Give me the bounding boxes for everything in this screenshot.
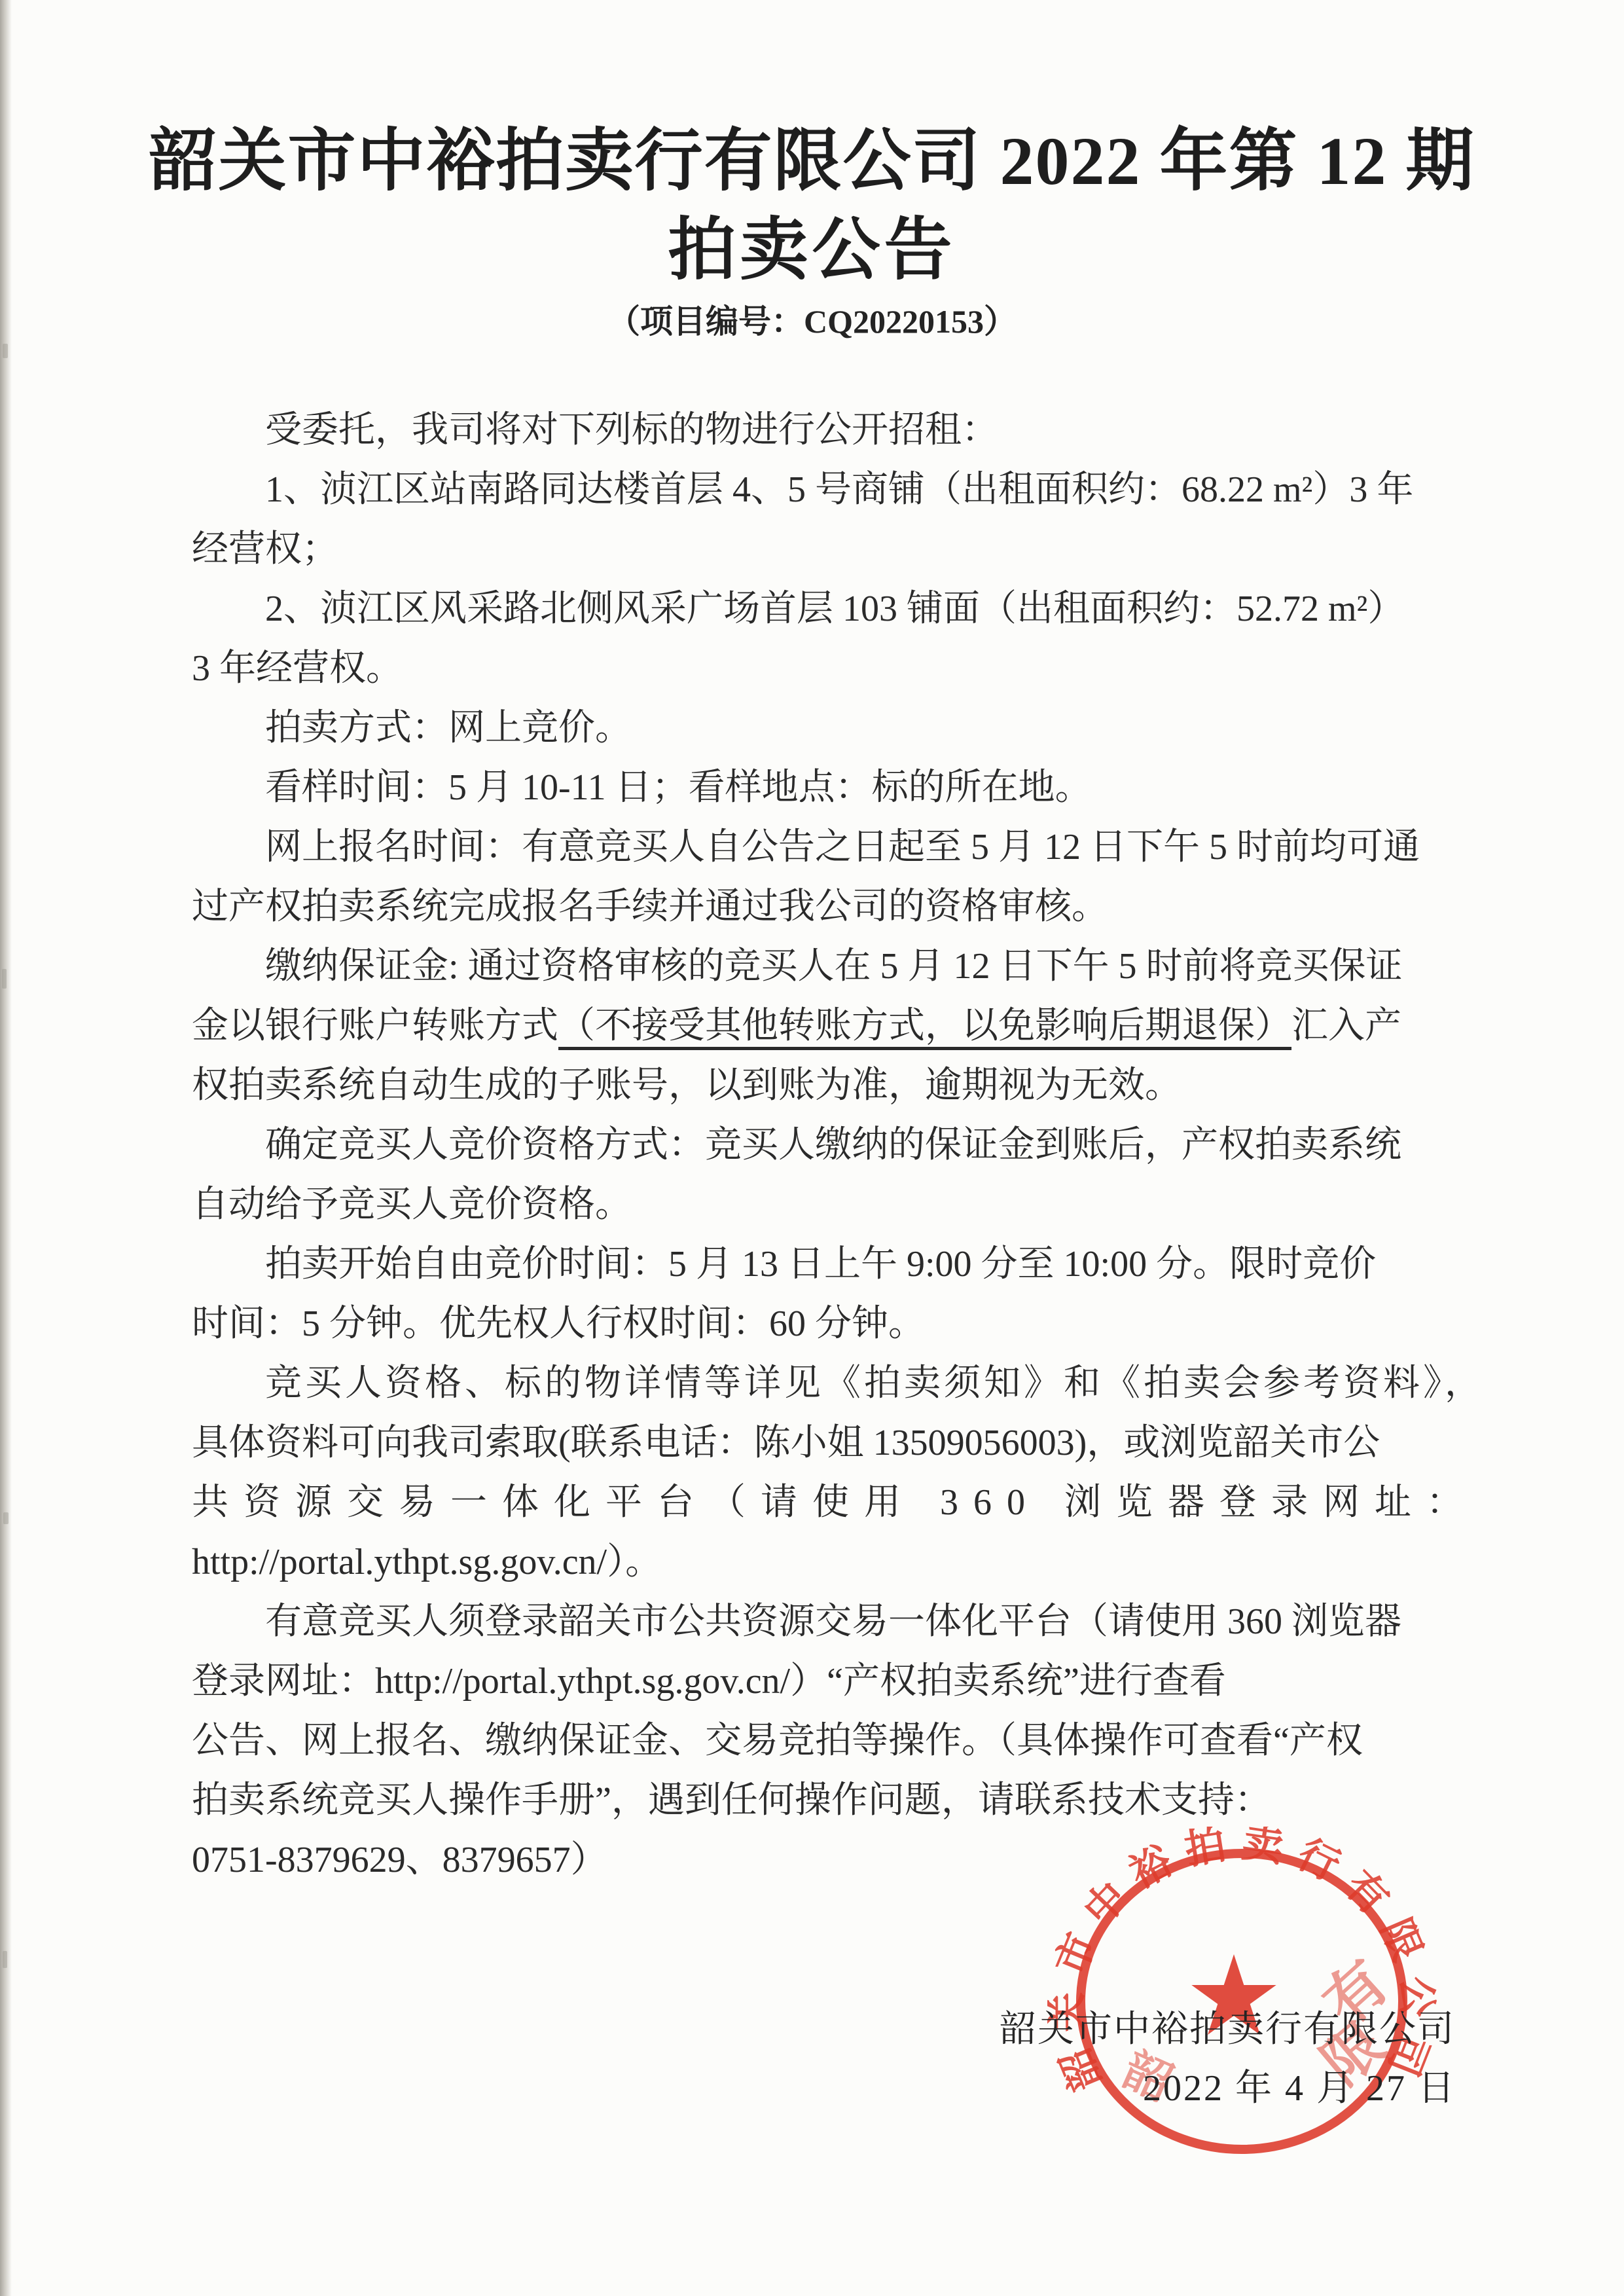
body-text-segment: 看样时间：5 月 10-11 日；看样地点：标的所在地。: [265, 767, 1092, 808]
body-text-segment: 受委托，我司将对下列标的物进行公开招租：: [265, 410, 998, 450]
body-line: 拍卖方式：网上竞价。: [192, 699, 1435, 758]
body-text-segment: 公告、网上报名、缴纳保证金、交易竞拍等操作。（具体操作可查看“产权: [192, 1721, 1363, 1761]
body-line: 经营权；: [192, 520, 1435, 579]
scan-speck: [2, 969, 7, 989]
body-line: 拍卖开始自由竞价时间：5 月 13 日上午 9:00 分至 10:00 分。限时…: [192, 1235, 1435, 1294]
scan-speck: [3, 344, 8, 358]
body-text-segment: 金以银行账户转账方式: [192, 1006, 558, 1046]
body-line: 拍卖系统竞买人操作手册”，遇到任何操作问题，请联系技术支持：: [192, 1771, 1435, 1831]
body-text-segment: 汇入产: [1291, 1006, 1401, 1046]
body-line: 时间：5 分钟。优先权人行权时间：60 分钟。: [192, 1294, 1435, 1354]
body-line: 登录网址：http://portal.ythpt.sg.gov.cn/）“产权拍…: [192, 1652, 1435, 1711]
body-text-segment: 拍卖方式：网上竞价。: [265, 708, 632, 748]
document-title-line-2: 拍卖公告: [0, 208, 1624, 293]
body-text-segment: 缴纳保证金: 通过资格审核的竞买人在 5 月 12 日下午 5 时前将竞买保证: [265, 946, 1403, 987]
scan-speck: [3, 1951, 7, 1968]
document-title-line-1: 韶关市中裕拍卖行有限公司 2022 年第 12 期: [0, 119, 1624, 204]
body-text-segment: 竞买人资格、标的物详情等详见《拍卖须知》和《拍卖会参考资料》，: [265, 1363, 1485, 1404]
body-line: 网上报名时间：有意竞买人自公告之日起至 5 月 12 日下午 5 时前均可通: [192, 818, 1435, 877]
body-line: 1、浈江区站南路同达楼首层 4、5 号商铺（出租面积约：68.22 m²）3 年: [192, 460, 1435, 520]
body-line: 缴纳保证金: 通过资格审核的竞买人在 5 月 12 日下午 5 时前将竞买保证: [192, 937, 1435, 996]
body-text-segment: 2、浈江区风采路北侧风采广场首层 103 铺面（出租面积约：52.72 m²）: [265, 589, 1404, 629]
body-text-segment: 有意竞买人须登录韶关市公共资源交易一体化平台（请使用 360 浏览器: [265, 1601, 1401, 1642]
body-text-segment: 3 年经营权。: [192, 648, 403, 689]
document-page: 韶关市中裕拍卖行有限公司 2022 年第 12 期 拍卖公告 （项目编号：CQ2…: [0, 0, 1624, 2296]
body-text-segment: 权拍卖系统自动生成的子账号，以到账为准，逾期视为无效。: [192, 1065, 1182, 1106]
body-text-segment: 确定竞买人竞价资格方式：竞买人缴纳的保证金到账后，产权拍卖系统: [265, 1125, 1401, 1165]
body-text-segment: 拍卖开始自由竞价时间：5 月 13 日上午 9:00 分至 10:00 分。限时…: [265, 1244, 1376, 1285]
body-line: 3 年经营权。: [192, 639, 1435, 699]
body-line: http://portal.ythpt.sg.gov.cn/）。: [192, 1533, 1435, 1592]
body-line: 过产权拍卖系统完成报名手续并通过我公司的资格审核。: [192, 877, 1435, 937]
body-line: 具体资料可向我司索取(联系电话：陈小姐 13509056003)，或浏览韶关市公: [192, 1413, 1435, 1473]
body-text-segment: 1、浈江区站南路同达楼首层 4、5 号商铺（出租面积约：68.22 m²）3 年: [265, 469, 1413, 510]
body-text-segment: 经营权；: [192, 529, 338, 570]
body-line: 共资源交易一体化平台（请使用 360 浏览器登录网址：: [192, 1473, 1435, 1533]
body-line: 竞买人资格、标的物详情等详见《拍卖须知》和《拍卖会参考资料》，: [192, 1354, 1435, 1413]
body-line: 金以银行账户转账方式（不接受其他转账方式，以免影响后期退保）汇入产: [192, 996, 1435, 1056]
body-text-segment: 共资源交易一体化平台（请使用 360 浏览器登录网址：: [192, 1482, 1478, 1523]
body-text-segment: http://portal.ythpt.sg.gov.cn/）。: [192, 1542, 662, 1582]
underlined-clause: （不接受其他转账方式，以免影响后期退保）: [558, 1006, 1291, 1046]
body-text-segment: 自动给予竞买人竞价资格。: [192, 1184, 632, 1225]
body-line: 受委托，我司将对下列标的物进行公开招租：: [192, 401, 1435, 460]
scan-speck: [3, 1512, 9, 1524]
signature-date: 2022 年 4 月 27 日: [1143, 2059, 1456, 2119]
body-text-segment: 登录网址：http://portal.ythpt.sg.gov.cn/）“产权拍…: [192, 1661, 1226, 1702]
body-line: 公告、网上报名、缴纳保证金、交易竞拍等操作。（具体操作可查看“产权: [192, 1711, 1435, 1771]
body-line: 自动给予竞买人竞价资格。: [192, 1175, 1435, 1235]
body-line: 权拍卖系统自动生成的子账号，以到账为准，逾期视为无效。: [192, 1056, 1435, 1116]
body-text-segment: 具体资料可向我司索取(联系电话：陈小姐 13509056003)，或浏览韶关市公: [192, 1423, 1380, 1463]
body-text-segment: 过产权拍卖系统完成报名手续并通过我公司的资格审核。: [192, 886, 1108, 927]
body-line: 有意竞买人须登录韶关市公共资源交易一体化平台（请使用 360 浏览器: [192, 1592, 1435, 1652]
body-text-segment: 时间：5 分钟。优先权人行权时间：60 分钟。: [192, 1303, 925, 1344]
body-text-segment: 0751-8379629、8379657）: [192, 1840, 607, 1880]
body-line: 看样时间：5 月 10-11 日；看样地点：标的所在地。: [192, 758, 1435, 818]
body-text-segment: 拍卖系统竞买人操作手册”，遇到任何操作问题，请联系技术支持：: [192, 1780, 1271, 1821]
body-line: 确定竞买人竞价资格方式：竞买人缴纳的保证金到账后，产权拍卖系统: [192, 1116, 1435, 1175]
document-body: 受委托，我司将对下列标的物进行公开招租：1、浈江区站南路同达楼首层 4、5 号商…: [192, 401, 1435, 1890]
signature-company: 韶关市中裕拍卖行有限公司: [1000, 2000, 1455, 2060]
body-text-segment: 网上报名时间：有意竞买人自公告之日起至 5 月 12 日下午 5 时前均可通: [265, 827, 1420, 867]
body-line: 2、浈江区风采路北侧风采广场首层 103 铺面（出租面积约：52.72 m²）: [192, 579, 1435, 639]
project-number: （项目编号：CQ20220153）: [0, 300, 1624, 343]
